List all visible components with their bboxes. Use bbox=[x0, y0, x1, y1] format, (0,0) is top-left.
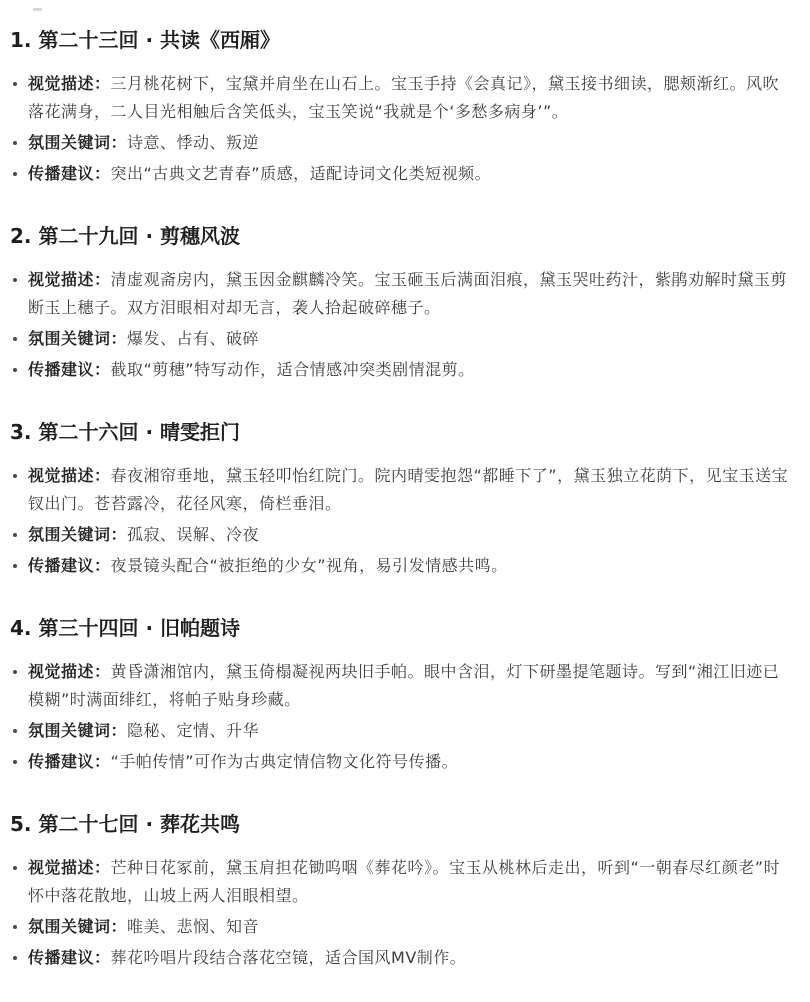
list-item-keywords: 氛围关键词：孤寂、误解、冷夜 bbox=[28, 521, 790, 549]
bullet-icon bbox=[13, 368, 17, 372]
item-label: 传播建议： bbox=[28, 556, 111, 575]
item-text: 清虚观斋房内，黛玉因金麒麟冷笑。宝玉砸玉后满面泪痕，黛玉哭吐药汁，紫鹃劝解时黛玉… bbox=[28, 270, 787, 317]
bullet-icon bbox=[13, 956, 17, 960]
list-item-keywords: 氛围关键词：诗意、悸动、叛逆 bbox=[28, 129, 790, 157]
list-item-suggestion: 传播建议：葬花吟唱片段结合落花空镜，适合国风MV制作。 bbox=[28, 944, 790, 972]
item-text: 截取“剪穗”特写动作，适合情感冲突类剧情混剪。 bbox=[111, 360, 475, 379]
bullet-icon bbox=[13, 866, 17, 870]
item-text: 芒种日花冢前，黛玉肩担花锄呜咽《葬花吟》。宝玉从桃林后走出，听到“一朝春尽红颜老… bbox=[28, 858, 780, 905]
section-list: 视觉描述：清虚观斋房内，黛玉因金麒麟冷笑。宝玉砸玉后满面泪痕，黛玉哭吐药汁，紫鹃… bbox=[10, 266, 790, 384]
item-text: 爆发、占有、破碎 bbox=[127, 329, 259, 348]
item-text: 黄昏潇湘馆内，黛玉倚榻凝视两块旧手帕。眼中含泪，灯下研墨提笔题诗。写到“湘江旧迹… bbox=[28, 662, 779, 709]
section-heading: 1. 第二十三回 · 共读《西厢》 bbox=[10, 26, 790, 54]
section-heading: 4. 第三十四回 · 旧帕题诗 bbox=[10, 614, 790, 642]
item-text: 诗意、悸动、叛逆 bbox=[127, 133, 259, 152]
bullet-icon bbox=[13, 141, 17, 145]
bullet-icon bbox=[13, 474, 17, 478]
section-chapter-27: 5. 第二十七回 · 葬花共鸣 视觉描述：芒种日花冢前，黛玉肩担花锄呜咽《葬花吟… bbox=[10, 810, 790, 972]
bullet-icon bbox=[13, 172, 17, 176]
section-chapter-29: 2. 第二十九回 · 剪穗风波 视觉描述：清虚观斋房内，黛玉因金麒麟冷笑。宝玉砸… bbox=[10, 222, 790, 384]
bullet-icon bbox=[13, 760, 17, 764]
item-text: 隐秘、定情、升华 bbox=[127, 721, 259, 740]
item-text: 葬花吟唱片段结合落花空镜，适合国风MV制作。 bbox=[111, 948, 467, 967]
item-text: 三月桃花树下，宝黛并肩坐在山石上。宝玉手持《会真记》，黛玉接书细读，腮颊渐红。风… bbox=[28, 74, 779, 121]
item-label: 视觉描述： bbox=[28, 74, 111, 93]
section-chapter-26: 3. 第二十六回 · 晴雯拒门 视觉描述：春夜湘帘垂地，黛玉轻叩怡红院门。院内晴… bbox=[10, 418, 790, 580]
list-item-visual: 视觉描述：三月桃花树下，宝黛并肩坐在山石上。宝玉手持《会真记》，黛玉接书细读，腮… bbox=[28, 70, 790, 126]
bullet-icon bbox=[13, 729, 17, 733]
item-text: 唯美、悲悯、知音 bbox=[127, 917, 259, 936]
bullet-icon bbox=[13, 278, 17, 282]
clipped-text-fragment bbox=[33, 8, 42, 11]
list-item-suggestion: 传播建议：夜景镜头配合“被拒绝的少女”视角，易引发情感共鸣。 bbox=[28, 552, 790, 580]
item-label: 传播建议： bbox=[28, 164, 111, 183]
list-item-visual: 视觉描述：春夜湘帘垂地，黛玉轻叩怡红院门。院内晴雯抱怨“都睡下了”，黛玉独立花荫… bbox=[28, 462, 790, 518]
list-item-suggestion: 传播建议：截取“剪穗”特写动作，适合情感冲突类剧情混剪。 bbox=[28, 356, 790, 384]
item-label: 传播建议： bbox=[28, 948, 111, 967]
item-label: 视觉描述： bbox=[28, 662, 111, 681]
item-text: 春夜湘帘垂地，黛玉轻叩怡红院门。院内晴雯抱怨“都睡下了”，黛玉独立花荫下，见宝玉… bbox=[28, 466, 788, 513]
item-label: 氛围关键词： bbox=[28, 721, 127, 740]
list-item-suggestion: 传播建议：“手帕传情”可作为古典定情信物文化符号传播。 bbox=[28, 748, 790, 776]
bullet-icon bbox=[13, 670, 17, 674]
section-list: 视觉描述：黄昏潇湘馆内，黛玉倚榻凝视两块旧手帕。眼中含泪，灯下研墨提笔题诗。写到… bbox=[10, 658, 790, 776]
section-chapter-23: 1. 第二十三回 · 共读《西厢》 视觉描述：三月桃花树下，宝黛并肩坐在山石上。… bbox=[10, 26, 790, 188]
document-content[interactable]: 1. 第二十三回 · 共读《西厢》 视觉描述：三月桃花树下，宝黛并肩坐在山石上。… bbox=[0, 0, 810, 972]
item-label: 视觉描述： bbox=[28, 270, 111, 289]
item-label: 氛围关键词： bbox=[28, 525, 127, 544]
item-label: 传播建议： bbox=[28, 360, 111, 379]
list-item-suggestion: 传播建议：突出“古典文艺青春”质感，适配诗词文化类短视频。 bbox=[28, 160, 790, 188]
list-item-visual: 视觉描述：黄昏潇湘馆内，黛玉倚榻凝视两块旧手帕。眼中含泪，灯下研墨提笔题诗。写到… bbox=[28, 658, 790, 714]
list-item-keywords: 氛围关键词：爆发、占有、破碎 bbox=[28, 325, 790, 353]
bullet-icon bbox=[13, 533, 17, 537]
bullet-icon bbox=[13, 337, 17, 341]
item-label: 氛围关键词： bbox=[28, 329, 127, 348]
item-text: 突出“古典文艺青春”质感，适配诗词文化类短视频。 bbox=[111, 164, 492, 183]
section-chapter-34: 4. 第三十四回 · 旧帕题诗 视觉描述：黄昏潇湘馆内，黛玉倚榻凝视两块旧手帕。… bbox=[10, 614, 790, 776]
section-heading: 5. 第二十七回 · 葬花共鸣 bbox=[10, 810, 790, 838]
list-item-visual: 视觉描述：清虚观斋房内，黛玉因金麒麟冷笑。宝玉砸玉后满面泪痕，黛玉哭吐药汁，紫鹃… bbox=[28, 266, 790, 322]
section-list: 视觉描述：春夜湘帘垂地，黛玉轻叩怡红院门。院内晴雯抱怨“都睡下了”，黛玉独立花荫… bbox=[10, 462, 790, 580]
item-label: 氛围关键词： bbox=[28, 917, 127, 936]
item-text: “手帕传情”可作为古典定情信物文化符号传播。 bbox=[111, 752, 459, 771]
list-item-visual: 视觉描述：芒种日花冢前，黛玉肩担花锄呜咽《葬花吟》。宝玉从桃林后走出，听到“一朝… bbox=[28, 854, 790, 910]
section-list: 视觉描述：三月桃花树下，宝黛并肩坐在山石上。宝玉手持《会真记》，黛玉接书细读，腮… bbox=[10, 70, 790, 188]
item-text: 夜景镜头配合“被拒绝的少女”视角，易引发情感共鸣。 bbox=[111, 556, 508, 575]
item-label: 视觉描述： bbox=[28, 466, 111, 485]
item-label: 视觉描述： bbox=[28, 858, 111, 877]
bullet-icon bbox=[13, 925, 17, 929]
item-text: 孤寂、误解、冷夜 bbox=[127, 525, 259, 544]
section-list: 视觉描述：芒种日花冢前，黛玉肩担花锄呜咽《葬花吟》。宝玉从桃林后走出，听到“一朝… bbox=[10, 854, 790, 972]
item-label: 传播建议： bbox=[28, 752, 111, 771]
bullet-icon bbox=[13, 82, 17, 86]
list-item-keywords: 氛围关键词：隐秘、定情、升华 bbox=[28, 717, 790, 745]
list-item-keywords: 氛围关键词：唯美、悲悯、知音 bbox=[28, 913, 790, 941]
section-heading: 3. 第二十六回 · 晴雯拒门 bbox=[10, 418, 790, 446]
bullet-icon bbox=[13, 564, 17, 568]
item-label: 氛围关键词： bbox=[28, 133, 127, 152]
section-heading: 2. 第二十九回 · 剪穗风波 bbox=[10, 222, 790, 250]
